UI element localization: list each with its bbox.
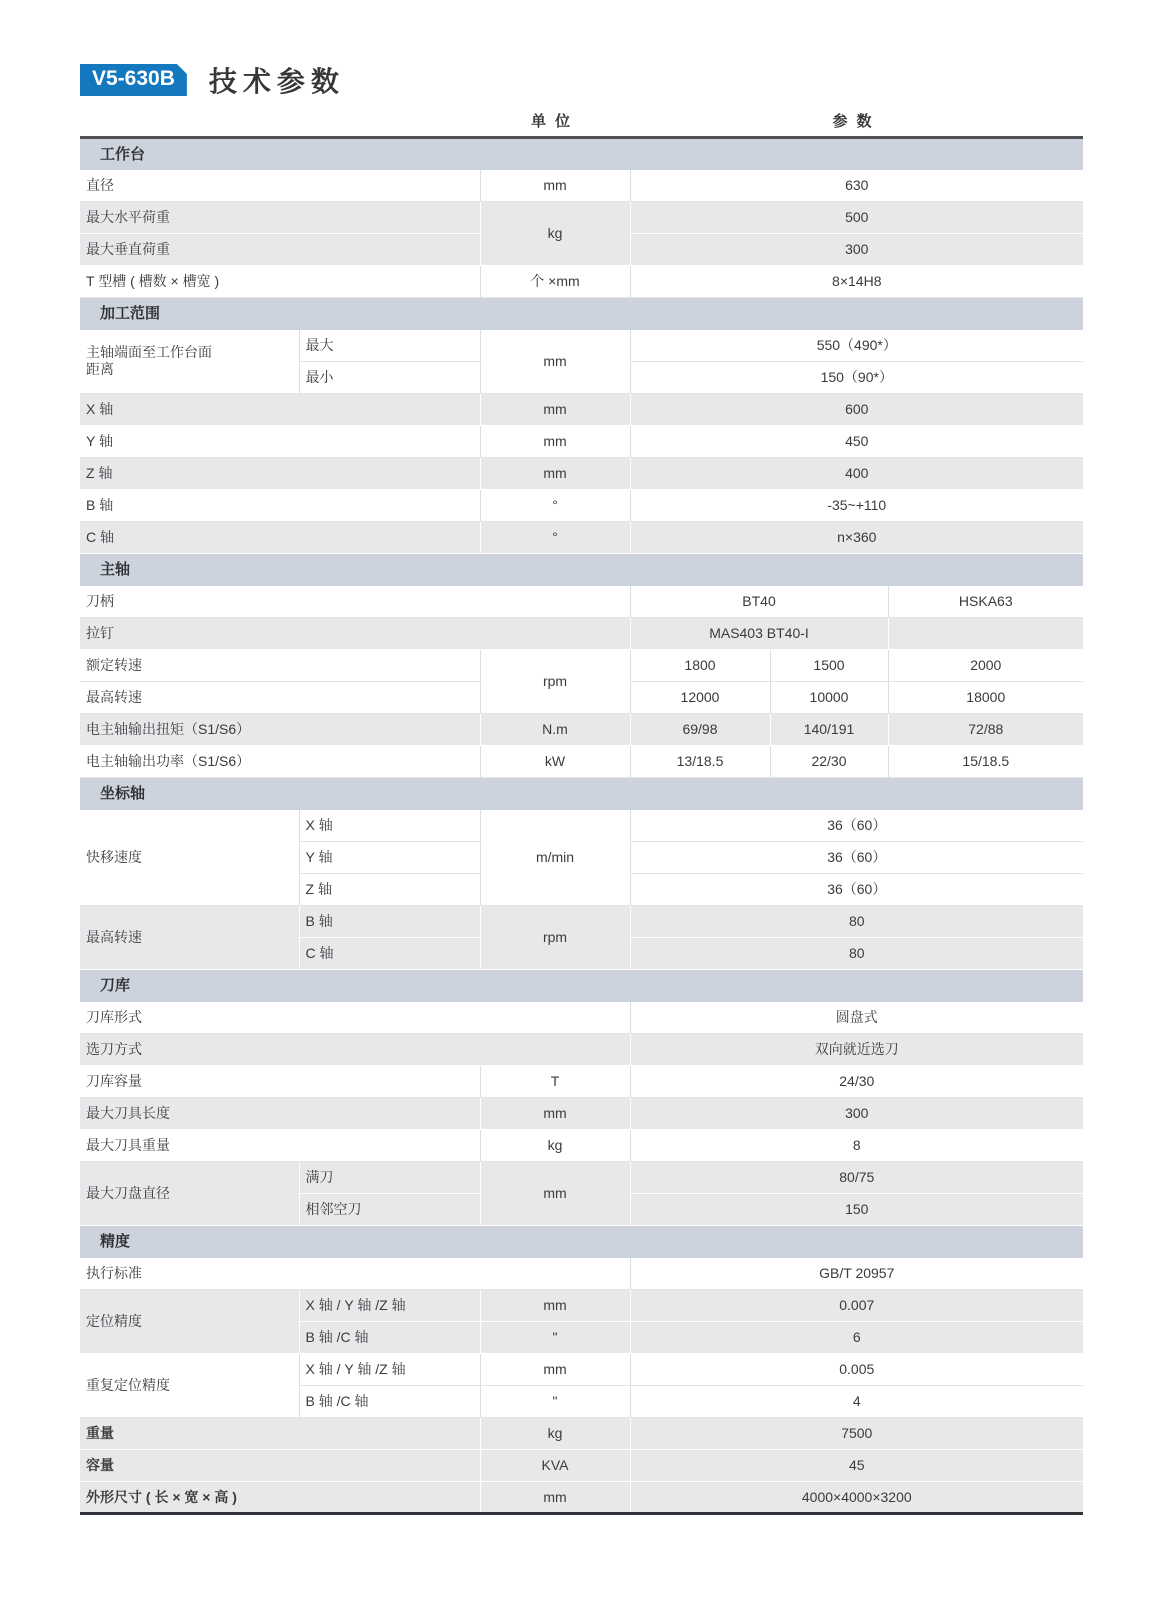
value-cell: 45 (630, 1450, 1083, 1482)
table-row: Y 轴mm450 (80, 426, 1083, 458)
value-cell: 6 (630, 1322, 1083, 1354)
unit-cell: ° (480, 522, 630, 554)
row-label: 快移速度 (80, 810, 299, 906)
section-title: 工作台 (80, 138, 1083, 170)
value-cell: 8×14H8 (630, 266, 1083, 298)
row-label: 外形尺寸 ( 长 × 宽 × 高 ) (80, 1482, 480, 1514)
value-cell: 150（90*） (630, 362, 1083, 394)
unit-cell: kg (480, 1130, 630, 1162)
row-label: Y 轴 (80, 426, 480, 458)
page-title: 技术参数 (209, 60, 345, 100)
row-sublabel: X 轴 / Y 轴 /Z 轴 (299, 1290, 480, 1322)
row-label: 最高转速 (80, 906, 299, 970)
unit-cell: mm (480, 426, 630, 458)
section-header-row: 加工范围 (80, 298, 1083, 330)
model-badge: V5-630B (80, 64, 187, 96)
unit-cell: mm (480, 170, 630, 202)
unit-cell: T (480, 1066, 630, 1098)
unit-cell: KVA (480, 1450, 630, 1482)
unit-cell: mm (480, 1098, 630, 1130)
section-header-row: 工作台 (80, 138, 1083, 170)
table-row: C 轴°n×360 (80, 522, 1083, 554)
table-row: 额定转速rpm180015002000 (80, 650, 1083, 682)
section-title: 主轴 (80, 554, 1083, 586)
value-cell: 24/30 (630, 1066, 1083, 1098)
row-label: 主轴端面至工作台面距离 (80, 330, 299, 394)
unit-cell: mm (480, 458, 630, 490)
value-cell: 80/75 (630, 1162, 1083, 1194)
value-cell: 2000 (888, 650, 1083, 682)
value-cell: 400 (630, 458, 1083, 490)
unit-cell: rpm (480, 650, 630, 714)
row-label: 定位精度 (80, 1290, 299, 1354)
value-cell: 18000 (888, 682, 1083, 714)
table-row: 电主轴输出功率（S1/S6）kW13/18.522/3015/18.5 (80, 746, 1083, 778)
value-cell: 600 (630, 394, 1083, 426)
value-cell: GB/T 20957 (630, 1258, 1083, 1290)
unit-cell: mm (480, 1482, 630, 1514)
value-cell: 1500 (770, 650, 888, 682)
row-sublabel: 相邻空刀 (299, 1194, 480, 1226)
table-row: T 型槽 ( 槽数 × 槽宽 )个 ×mm8×14H8 (80, 266, 1083, 298)
value-cell: 15/18.5 (888, 746, 1083, 778)
value-cell: 80 (630, 938, 1083, 970)
row-label: 最大刀具长度 (80, 1098, 480, 1130)
value-cell: 550（490*） (630, 330, 1083, 362)
row-label: 最大水平荷重 (80, 202, 480, 234)
unit-cell: mm (480, 1162, 630, 1226)
row-sublabel: B 轴 /C 轴 (299, 1386, 480, 1418)
unit-cell: kg (480, 1418, 630, 1450)
table-row: 电主轴输出扭矩（S1/S6）N.m69/98140/19172/88 (80, 714, 1083, 746)
row-label: C 轴 (80, 522, 480, 554)
table-row: 定位精度X 轴 / Y 轴 /Z 轴mm0.007 (80, 1290, 1083, 1322)
row-label: 拉钉 (80, 618, 630, 650)
value-cell: 13/18.5 (630, 746, 770, 778)
row-label: 容量 (80, 1450, 480, 1482)
value-cell: BT40 (630, 586, 888, 618)
table-row: 最大水平荷重kg500 (80, 202, 1083, 234)
row-label: Z 轴 (80, 458, 480, 490)
section-header-row: 刀库 (80, 970, 1083, 1002)
value-cell: 0.007 (630, 1290, 1083, 1322)
value-cell: 36（60） (630, 874, 1083, 906)
row-label: 最大刀盘直径 (80, 1162, 299, 1226)
value-cell: 7500 (630, 1418, 1083, 1450)
value-cell: 22/30 (770, 746, 888, 778)
row-sublabel: X 轴 (299, 810, 480, 842)
table-row: Z 轴mm400 (80, 458, 1083, 490)
table-row: 重量kg7500 (80, 1418, 1083, 1450)
value-cell: n×360 (630, 522, 1083, 554)
page-header: V5-630B 技术参数 (80, 60, 345, 100)
row-label: 执行标准 (80, 1258, 630, 1290)
value-cell: -35~+110 (630, 490, 1083, 522)
value-cell: 450 (630, 426, 1083, 458)
row-label: 额定转速 (80, 650, 480, 682)
row-sublabel: B 轴 (299, 906, 480, 938)
table-row: 最大刀具重量kg8 (80, 1130, 1083, 1162)
table-row: 执行标准GB/T 20957 (80, 1258, 1083, 1290)
section-title: 坐标轴 (80, 778, 1083, 810)
section-title: 精度 (80, 1226, 1083, 1258)
section-title: 刀库 (80, 970, 1083, 1002)
row-sublabel: Y 轴 (299, 842, 480, 874)
row-label: 直径 (80, 170, 480, 202)
table-row: 外形尺寸 ( 长 × 宽 × 高 )mm4000×4000×3200 (80, 1482, 1083, 1514)
unit-cell: kW (480, 746, 630, 778)
unit-cell: rpm (480, 906, 630, 970)
row-sublabel: X 轴 / Y 轴 /Z 轴 (299, 1354, 480, 1386)
row-label: 最高转速 (80, 682, 480, 714)
value-cell: 4 (630, 1386, 1083, 1418)
value-cell: 1800 (630, 650, 770, 682)
table-row: 刀柄BT40HSKA63 (80, 586, 1083, 618)
row-label: 刀柄 (80, 586, 630, 618)
row-label: 选刀方式 (80, 1034, 630, 1066)
value-cell: MAS403 BT40-I (630, 618, 888, 650)
value-cell: 140/191 (770, 714, 888, 746)
value-cell: 69/98 (630, 714, 770, 746)
unit-cell: 个 ×mm (480, 266, 630, 298)
row-label: 重复定位精度 (80, 1354, 299, 1418)
row-sublabel: 最小 (299, 362, 480, 394)
column-header-unit: 单位 (480, 110, 630, 131)
table-row: 最高转速B 轴rpm80 (80, 906, 1083, 938)
value-cell: 630 (630, 170, 1083, 202)
value-cell: 10000 (770, 682, 888, 714)
row-label: T 型槽 ( 槽数 × 槽宽 ) (80, 266, 480, 298)
unit-cell: kg (480, 202, 630, 266)
spec-table: 工作台直径mm630最大水平荷重kg500最大垂直荷重300T 型槽 ( 槽数 … (80, 136, 1083, 1515)
value-cell: 36（60） (630, 810, 1083, 842)
table-row: 选刀方式双向就近选刀 (80, 1034, 1083, 1066)
row-label: B 轴 (80, 490, 480, 522)
section-header-row: 坐标轴 (80, 778, 1083, 810)
row-sublabel: Z 轴 (299, 874, 480, 906)
table-row: 快移速度X 轴m/min36（60） (80, 810, 1083, 842)
row-sublabel: B 轴 /C 轴 (299, 1322, 480, 1354)
row-sublabel: 最大 (299, 330, 480, 362)
unit-cell: mm (480, 1290, 630, 1322)
value-cell: 圆盘式 (630, 1002, 1083, 1034)
value-cell: 150 (630, 1194, 1083, 1226)
value-cell: 0.005 (630, 1354, 1083, 1386)
unit-cell: mm (480, 330, 630, 394)
table-row: 最大刀具长度mm300 (80, 1098, 1083, 1130)
value-cell: 双向就近选刀 (630, 1034, 1083, 1066)
row-label: 最大垂直荷重 (80, 234, 480, 266)
value-cell: 80 (630, 906, 1083, 938)
column-header-param: 参数 (630, 110, 1083, 131)
section-header-row: 主轴 (80, 554, 1083, 586)
table-row: 直径mm630 (80, 170, 1083, 202)
value-cell: 4000×4000×3200 (630, 1482, 1083, 1514)
row-sublabel: C 轴 (299, 938, 480, 970)
unit-cell: N.m (480, 714, 630, 746)
unit-cell: ° (480, 490, 630, 522)
section-header-row: 精度 (80, 1226, 1083, 1258)
unit-cell: " (480, 1386, 630, 1418)
row-label: 电主轴输出功率（S1/S6） (80, 746, 480, 778)
value-cell: 300 (630, 1098, 1083, 1130)
value-cell: 72/88 (888, 714, 1083, 746)
column-headers: 单位 参数 (80, 110, 1083, 131)
row-label: X 轴 (80, 394, 480, 426)
row-label: 刀库容量 (80, 1066, 480, 1098)
value-cell: 12000 (630, 682, 770, 714)
column-header-spacer (80, 110, 480, 131)
section-title: 加工范围 (80, 298, 1083, 330)
value-cell (888, 618, 1083, 650)
table-row: 重复定位精度X 轴 / Y 轴 /Z 轴mm0.005 (80, 1354, 1083, 1386)
row-label: 电主轴输出扭矩（S1/S6） (80, 714, 480, 746)
table-row: X 轴mm600 (80, 394, 1083, 426)
spec-sheet-page: V5-630B 技术参数 单位 参数 工作台直径mm630最大水平荷重kg500… (0, 0, 1165, 1600)
row-sublabel: 满刀 (299, 1162, 480, 1194)
value-cell: 8 (630, 1130, 1083, 1162)
table-row: 刀库容量T24/30 (80, 1066, 1083, 1098)
unit-cell: mm (480, 1354, 630, 1386)
table-row: 拉钉MAS403 BT40-I (80, 618, 1083, 650)
row-label: 刀库形式 (80, 1002, 630, 1034)
spec-table-body: 工作台直径mm630最大水平荷重kg500最大垂直荷重300T 型槽 ( 槽数 … (80, 138, 1083, 1514)
table-row: 刀库形式圆盘式 (80, 1002, 1083, 1034)
row-label: 最大刀具重量 (80, 1130, 480, 1162)
unit-cell: m/min (480, 810, 630, 906)
table-row: 最大刀盘直径满刀mm80/75 (80, 1162, 1083, 1194)
table-row: B 轴°-35~+110 (80, 490, 1083, 522)
table-row: 容量KVA45 (80, 1450, 1083, 1482)
row-label: 重量 (80, 1418, 480, 1450)
value-cell: HSKA63 (888, 586, 1083, 618)
value-cell: 36（60） (630, 842, 1083, 874)
unit-cell: " (480, 1322, 630, 1354)
value-cell: 300 (630, 234, 1083, 266)
table-row: 主轴端面至工作台面距离最大mm550（490*） (80, 330, 1083, 362)
value-cell: 500 (630, 202, 1083, 234)
unit-cell: mm (480, 394, 630, 426)
